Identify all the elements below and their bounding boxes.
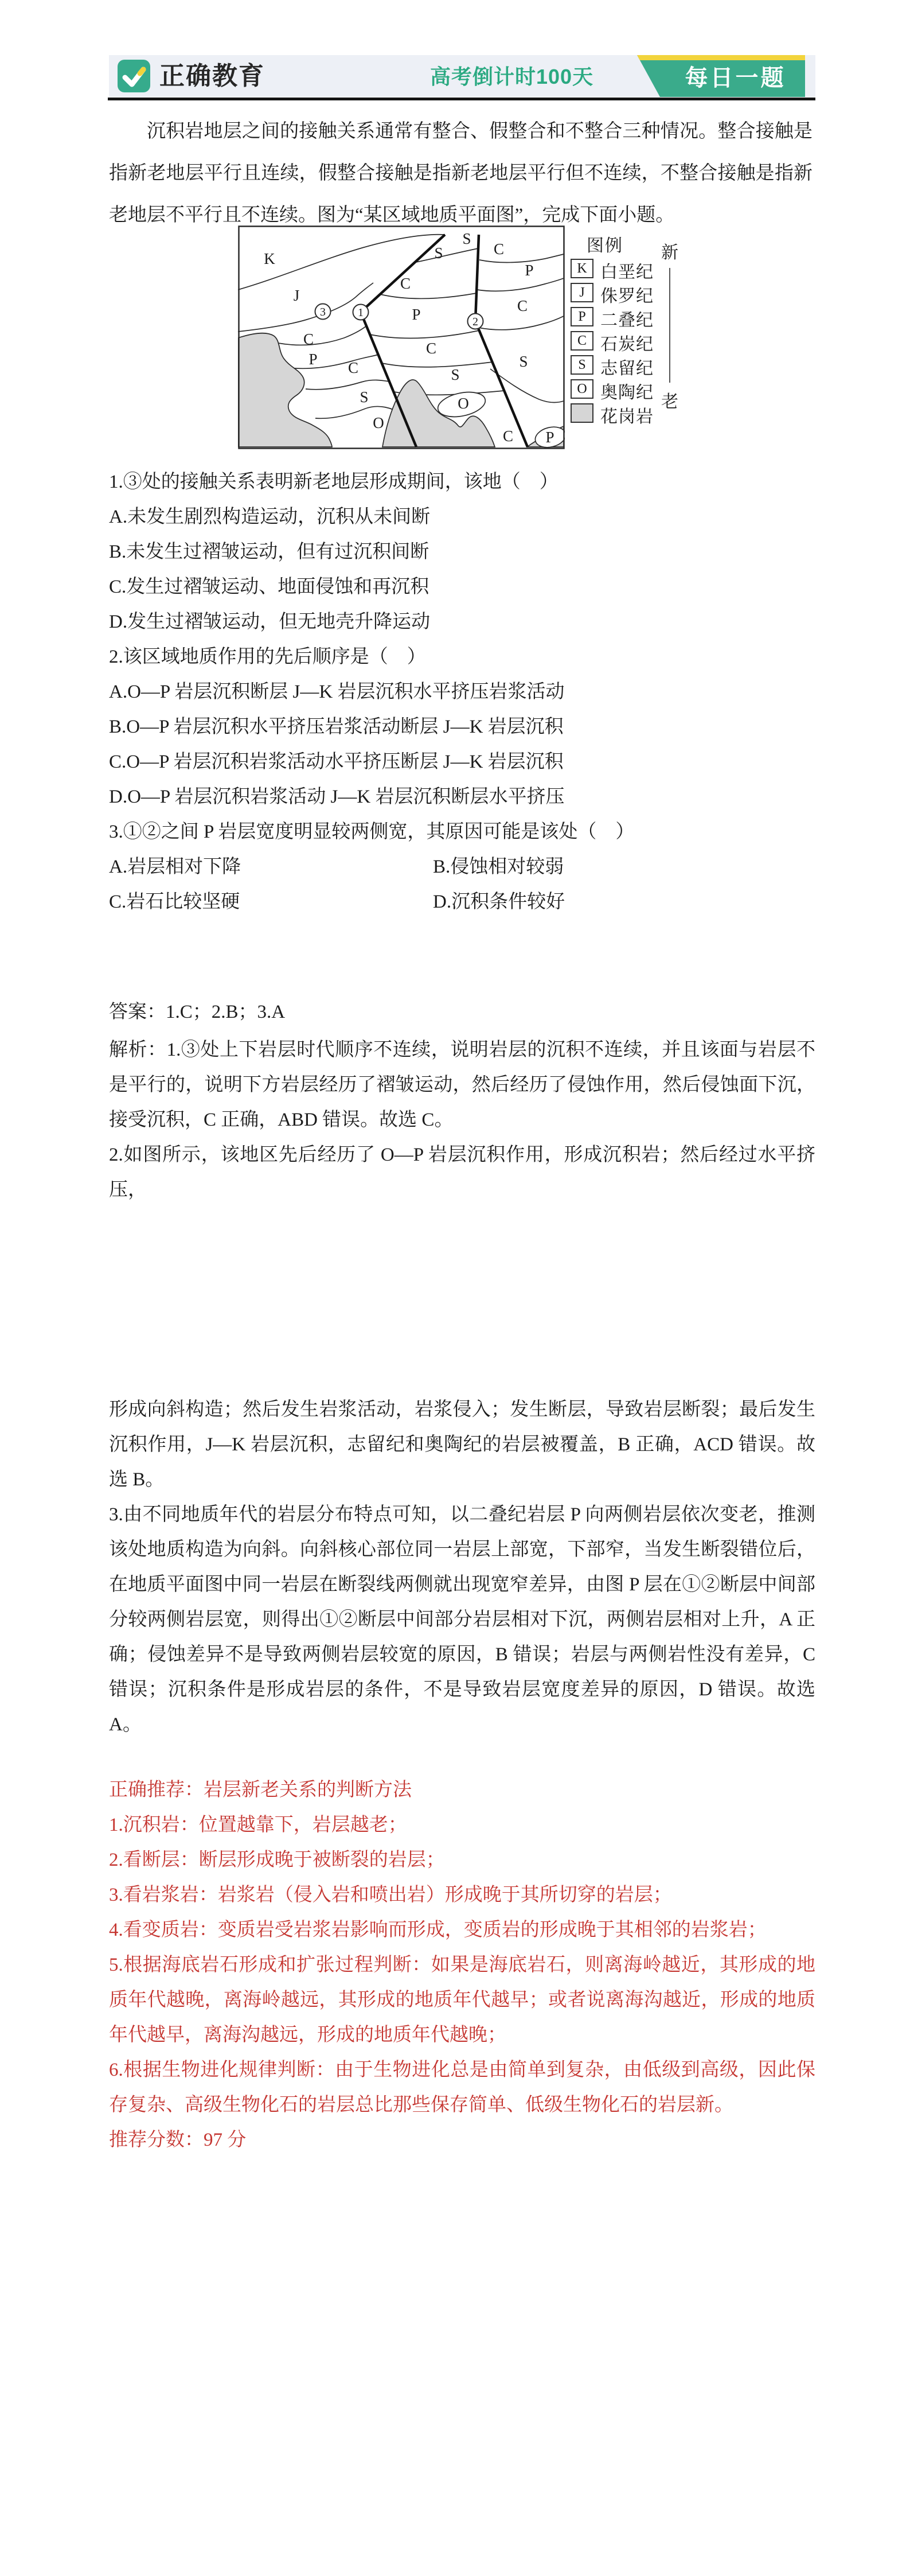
header-divider [108,98,815,100]
question-2-option-c: C.O—P 岩层沉积岩浆活动水平挤压断层 J—K 岩层沉积 [109,745,815,780]
svg-text:C: C [348,359,358,376]
question-2-title: 2.该区域地质作用的先后顺序是（ ） [109,640,815,675]
age-axis: 新 老 [653,238,687,413]
svg-text:S: S [519,353,528,370]
svg-text:C: C [517,297,528,314]
analysis-part-2: 形成向斜构造；然后发生岩浆活动，岩浆侵入；发生断层，导致岩层断裂；最后发生沉积作… [109,1392,815,1742]
page: { "header": { "brand": "正确教育", "countdow… [0,0,910,2576]
geologic-map: 3 1 2 K J S S C C P C P C C P C S S O O … [238,225,565,449]
brand-logo-check-icon [118,60,150,92]
svg-text:K: K [264,250,275,267]
analysis-q2-end: 形成向斜构造；然后发生岩浆活动，岩浆侵入；发生断层，导致岩层断裂；最后发生沉积作… [109,1392,815,1497]
legend-swatch-K: K [571,259,593,278]
legend-label: 志留纪 [600,354,654,379]
legend-title: 图例 [571,231,708,256]
svg-text:C: C [400,275,411,292]
svg-text:S: S [434,244,443,262]
svg-text:C: C [503,427,513,445]
question-3-options-row1: A.岩层相对下降B.侵蚀相对较弱 [109,850,815,885]
recommend-score: 推荐分数：97 分 [109,2123,815,2158]
intro-paragraph: 沉积岩地层之间的接触关系通常有整合、假整合和不整合三种情况。整合接触是指新老地层… [109,111,813,236]
check-icon [118,60,150,92]
recommend-item-6: 6.根据生物进化规律判断：由于生物进化总是由简单到复杂，由低级到高级，因此保存复… [109,2053,815,2123]
geologic-map-figure: 3 1 2 K J S S C C P C P C C P C S S O O … [109,224,815,453]
recommend-heading: 正确推荐：岩层新老关系的判断方法 [109,1773,815,1808]
question-3-options-row2: C.岩石比较坚硬D.沉积条件较好 [109,885,815,920]
legend-label: 花岗岩 [600,402,654,427]
legend-swatch-O: O [571,379,593,399]
question-3-option-a: A.岩层相对下降 [109,850,433,885]
svg-text:O: O [373,414,384,431]
svg-text:S: S [360,388,368,406]
question-2-option-b: B.O—P 岩层沉积水平挤压岩浆活动断层 J—K 岩层沉积 [109,710,815,745]
analysis-q2-start: 2.如图所示，该地区先后经历了 O—P 岩层沉积作用，形成沉积岩；然后经过水平挤… [109,1138,815,1208]
map-legend: 图例 K 白垩纪 J 侏罗纪 P 二叠纪 C 石炭纪 S 志留纪 O 奥陶纪 花… [571,231,708,256]
svg-text:P: P [412,306,420,323]
brand-title: 正确教育 [159,55,265,97]
legend-label: 二叠纪 [600,306,654,331]
legend-swatch-J: J [571,283,593,302]
marker-2: 2 [472,316,478,328]
question-3-option-b: B.侵蚀相对较弱 [433,857,564,877]
marker-1: 1 [358,306,364,319]
question-2-option-a: A.O—P 岩层沉积断层 J—K 岩层沉积水平挤压岩浆活动 [109,675,815,710]
svg-text:C: C [494,240,504,258]
daily-question-ribbon: 每日一题 [637,55,805,97]
legend-swatch-P: P [571,307,593,326]
question-1-option-c: C.发生过褶皱运动、地面侵蚀和再沉积 [109,570,815,605]
question-2-option-d: D.O—P 岩层沉积岩浆活动 J—K 岩层沉积断层水平挤压 [109,780,815,815]
answer-line: 答案：1.C；2.B；3.A [109,995,815,1030]
ribbon-label: 每日一题 [666,60,805,97]
recommend-block: 正确推荐：岩层新老关系的判断方法 1.沉积岩：位置越靠下，岩层越老； 2.看断层… [109,1773,815,2158]
legend-label: 石炭纪 [600,330,654,355]
analysis-part-1: 解析：1.③处上下岩层时代顺序不连续，说明岩层的沉积不连续，并且该面与岩层不是平… [109,1033,815,1208]
svg-text:C: C [303,330,314,348]
question-1-option-a: A.未发生剧烈构造运动，沉积从未间断 [109,500,815,535]
svg-text:J: J [294,287,300,304]
legend-label: 奥陶纪 [600,378,654,403]
age-axis-new: 新 [653,238,687,263]
analysis-q1: 解析：1.③处上下岩层时代顺序不连续，说明岩层的沉积不连续，并且该面与岩层不是平… [109,1033,815,1138]
marker-3: 3 [320,306,326,318]
questions-block: 1.③处的接触关系表明新老地层形成期间，该地（ ） A.未发生剧烈构造运动，沉积… [109,465,815,920]
svg-text:P: P [525,262,533,279]
svg-text:S: S [451,366,459,383]
header-bar: 正确教育 高考倒计时100天 每日一题 [109,55,815,97]
question-1-option-d: D.发生过褶皱运动，但无地壳升降运动 [109,605,815,640]
recommend-item-4: 4.看变质岩：变质岩受岩浆岩影响而形成，变质岩的形成晚于其相邻的岩浆岩； [109,1913,815,1948]
ribbon-yellow-stripe [637,55,805,60]
recommend-item-5: 5.根据海底岩石形成和扩张过程判断：如果是海底岩石，则离海岭越近，其形成的地质年… [109,1948,815,2053]
recommend-item-2: 2.看断层：断层形成晚于被断裂的岩层； [109,1843,815,1878]
exam-countdown-text: 高考倒计时100天 [430,55,593,97]
recommend-item-3: 3.看岩浆岩：岩浆岩（侵入岩和喷出岩）形成晚于其所切穿的岩层； [109,1878,815,1913]
svg-text:O: O [458,395,469,412]
legend-label: 白垩纪 [600,258,654,283]
legend-swatch-C: C [571,331,593,351]
legend-swatch-S: S [571,355,593,375]
age-axis-old: 老 [653,387,687,413]
svg-text:C: C [426,340,436,357]
svg-text:P: P [308,351,317,368]
question-3-option-d: D.沉积条件较好 [433,892,565,912]
legend-label: 侏罗纪 [600,282,654,307]
question-3-title: 3.①②之间 P 岩层宽度明显较两侧宽，其原因可能是该处（ ） [109,815,815,850]
age-axis-line [669,268,670,383]
legend-swatch-granite [571,403,593,423]
question-1-option-b: B.未发生过褶皱运动，但有过沉积间断 [109,535,815,570]
svg-text:S: S [462,230,471,247]
svg-text:P: P [545,429,554,446]
recommend-item-1: 1.沉积岩：位置越靠下，岩层越老； [109,1808,815,1843]
question-1-title: 1.③处的接触关系表明新老地层形成期间，该地（ ） [109,465,815,500]
question-3-option-c: C.岩石比较坚硬 [109,885,433,920]
analysis-q3: 3.由不同地质年代的岩层分布特点可知，以二叠纪岩层 P 向两侧岩层依次变老，推测… [109,1497,815,1742]
